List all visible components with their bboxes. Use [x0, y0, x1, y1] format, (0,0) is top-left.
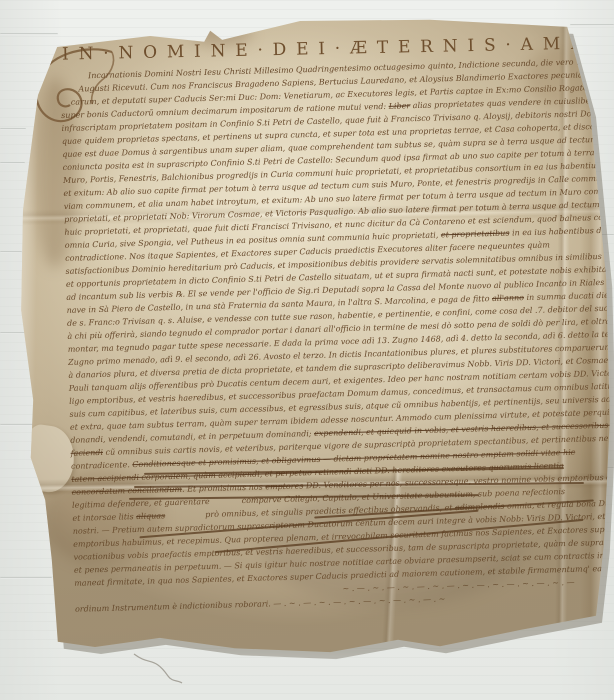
table-plank-seam: [0, 424, 34, 426]
photo-scene: 1983. n.6. Ag.to I N · N O M I N E · D E…: [0, 0, 614, 700]
table-plank-seam: [0, 577, 52, 579]
table-plank-seam: [0, 251, 22, 253]
stray-hair-mark: [128, 650, 188, 686]
table-plank-seam: [570, 24, 614, 26]
parchment-document: 1983. n.6. Ag.to I N · N O M I N E · D E…: [14, 8, 614, 658]
table-plank-seam: [0, 33, 58, 35]
table-plank-seam: [0, 128, 26, 130]
table-plank-seam: [0, 162, 25, 164]
parchment-edge-shading: [14, 8, 614, 658]
table-plank-seam: [0, 332, 26, 334]
